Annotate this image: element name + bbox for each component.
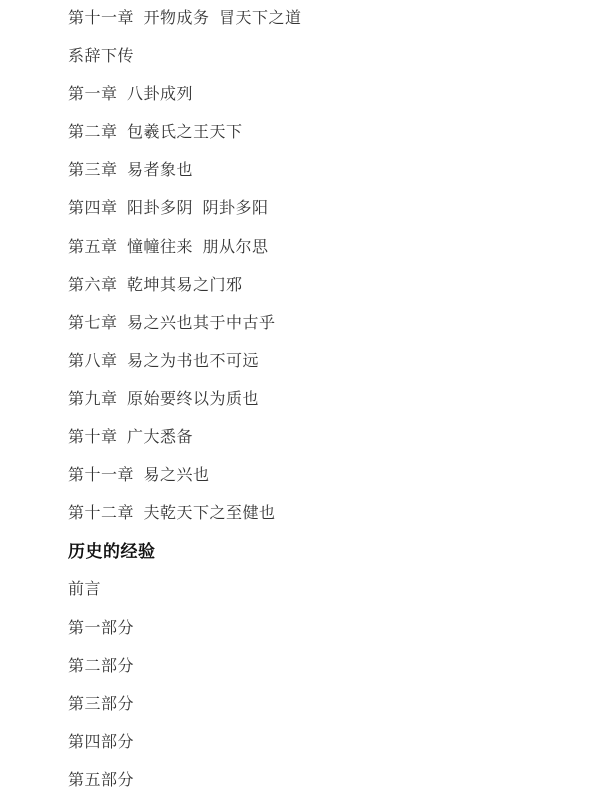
toc-line-chapter4: 第四章 阳卦多阴 阴卦多阳	[68, 190, 600, 228]
toc-line-part4: 第四部分	[68, 724, 600, 762]
toc-content: 第十一章 开物成务 冒天下之道 系辞下传 第一章 八卦成列 第二章 包羲氏之王天…	[0, 0, 600, 800]
book-title-lishi-de-jingyan: 历史的经验	[68, 533, 600, 571]
toc-line-chapter1: 第一章 八卦成列	[68, 76, 600, 114]
toc-line-chapter7: 第七章 易之兴也其于中古乎	[68, 305, 600, 343]
toc-line-part2: 第二部分	[68, 648, 600, 686]
toc-line-chapter11-shangchuan: 第十一章 开物成务 冒天下之道	[68, 0, 600, 38]
toc-line-chapter2: 第二章 包羲氏之王天下	[68, 114, 600, 152]
toc-line-part5: 第五部分	[68, 762, 600, 800]
toc-line-chapter3: 第三章 易者象也	[68, 152, 600, 190]
toc-line-chapter5: 第五章 憧幢往来 朋从尔思	[68, 229, 600, 267]
toc-line-chapter8: 第八章 易之为书也不可远	[68, 343, 600, 381]
toc-line-chapter6: 第六章 乾坤其易之门邪	[68, 267, 600, 305]
toc-line-chapter12: 第十二章 夫乾天下之至健也	[68, 495, 600, 533]
document-page: 第十一章 开物成务 冒天下之道 系辞下传 第一章 八卦成列 第二章 包羲氏之王天…	[0, 0, 600, 800]
toc-line-part1: 第一部分	[68, 610, 600, 648]
toc-line-chapter11: 第十一章 易之兴也	[68, 457, 600, 495]
toc-section-xici-xiachuan: 系辞下传	[68, 38, 600, 76]
toc-line-preface: 前言	[68, 571, 600, 609]
toc-line-part3: 第三部分	[68, 686, 600, 724]
toc-line-chapter9: 第九章 原始要终以为质也	[68, 381, 600, 419]
toc-line-chapter10: 第十章 广大悉备	[68, 419, 600, 457]
